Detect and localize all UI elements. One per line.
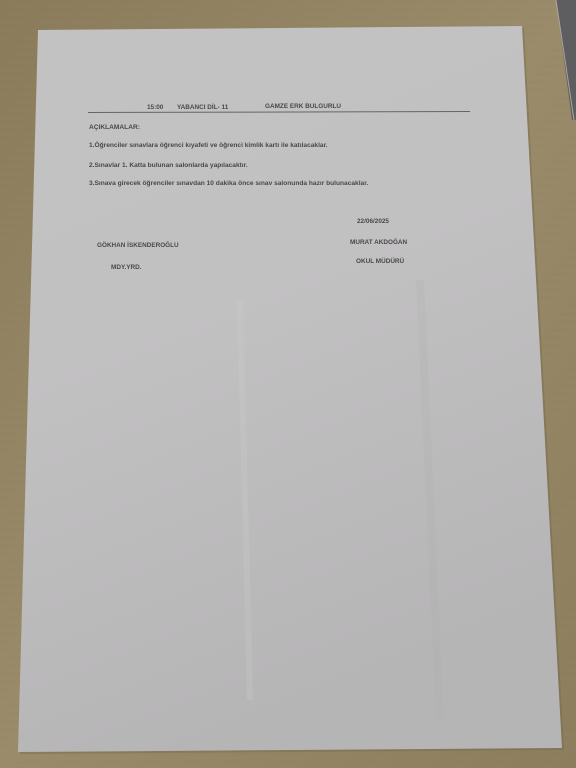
photo-scene: 15:00 YABANCI DİL- 11 GAMZE ERK BULGURLU… [0, 0, 576, 768]
note-item: 1.Öğrenciler sınavlara öğrenci kıyafeti … [89, 142, 328, 149]
note-item: 2.Sınavlar 1. Katta bulunan salonlarda y… [89, 162, 248, 169]
course-name: YABANCI DİL- 11 [177, 104, 228, 111]
notes-title: AÇIKLAMALAR: [89, 124, 140, 131]
exam-time: 15:00 [147, 104, 163, 111]
right-signatory-name: MURAT AKDOĞAN [350, 239, 407, 246]
desk-and-paper [0, 0, 576, 768]
teacher-name: GAMZE ERK BULGURLU [265, 103, 341, 110]
paper-sheet [18, 26, 562, 752]
right-signatory-title: OKUL MÜDÜRÜ [356, 258, 404, 265]
left-signatory-title: MDY.YRD. [111, 264, 142, 271]
note-item: 3.Sınava girecek öğrenciler sınavdan 10 … [89, 180, 368, 187]
left-signatory-name: GÖKHAN İSKENDEROĞLU [97, 242, 179, 249]
document-date: 22/06/2025 [357, 218, 389, 225]
